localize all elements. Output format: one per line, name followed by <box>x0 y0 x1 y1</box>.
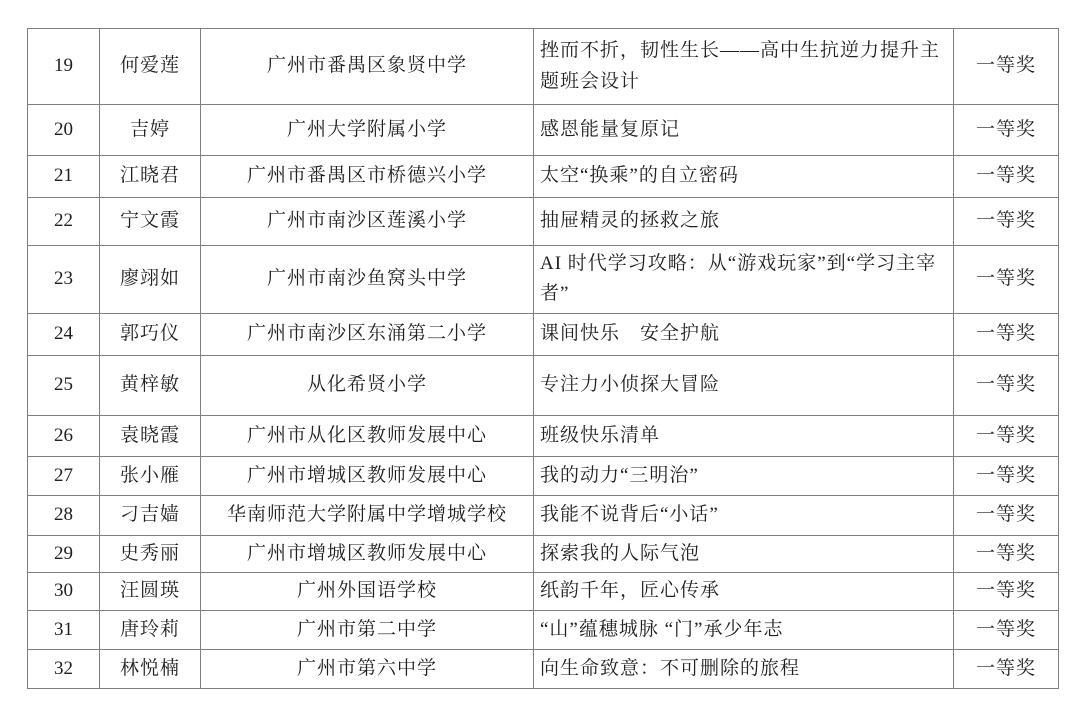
award-cell: 一等奖 <box>954 313 1059 355</box>
row-number-cell: 28 <box>28 495 100 535</box>
work-title-cell: 感恩能量复原记 <box>534 105 954 156</box>
document-page: 19何爱莲广州市番禺区象贤中学挫而不折，韧性生长——高中生抗逆力提升主题班会设计… <box>0 0 1080 723</box>
name-cell: 何爱莲 <box>100 29 201 105</box>
school-cell: 广州市增城区教师发展中心 <box>201 456 534 495</box>
name-cell: 袁晓霞 <box>100 415 201 456</box>
table-row: 27张小雁广州市增城区教师发展中心我的动力“三明治”一等奖 <box>28 456 1059 495</box>
row-number-cell: 32 <box>28 650 100 689</box>
award-cell: 一等奖 <box>954 650 1059 689</box>
name-cell: 汪圆瑛 <box>100 573 201 611</box>
school-cell: 广州市番禺区市桥德兴小学 <box>201 156 534 198</box>
award-cell: 一等奖 <box>954 246 1059 314</box>
school-cell: 广州市南沙鱼窝头中学 <box>201 246 534 314</box>
row-number-cell: 23 <box>28 246 100 314</box>
school-cell: 从化希贤小学 <box>201 355 534 415</box>
school-cell: 广州市南沙区莲溪小学 <box>201 198 534 246</box>
work-title-cell: 我的动力“三明治” <box>534 456 954 495</box>
row-number-cell: 21 <box>28 156 100 198</box>
work-title-cell: 班级快乐清单 <box>534 415 954 456</box>
school-cell: 广州市从化区教师发展中心 <box>201 415 534 456</box>
school-cell: 广州市增城区教师发展中心 <box>201 535 534 572</box>
work-title-cell: 抽屉精灵的拯救之旅 <box>534 198 954 246</box>
name-cell: 黄梓敏 <box>100 355 201 415</box>
work-title-cell: “山”蕴穗城脉 “门”承少年志 <box>534 611 954 650</box>
table-row: 29史秀丽广州市增城区教师发展中心探索我的人际气泡一等奖 <box>28 535 1059 572</box>
work-title-cell: 课间快乐 安全护航 <box>534 313 954 355</box>
table-row: 31唐玲莉广州市第二中学“山”蕴穗城脉 “门”承少年志一等奖 <box>28 611 1059 650</box>
row-number-cell: 25 <box>28 355 100 415</box>
award-cell: 一等奖 <box>954 611 1059 650</box>
school-cell: 广州市南沙区东涌第二小学 <box>201 313 534 355</box>
award-cell: 一等奖 <box>954 535 1059 572</box>
row-number-cell: 29 <box>28 535 100 572</box>
work-title-cell: 纸韵千年，匠心传承 <box>534 573 954 611</box>
award-cell: 一等奖 <box>954 29 1059 105</box>
row-number-cell: 20 <box>28 105 100 156</box>
table-row: 21江晓君广州市番禺区市桥德兴小学太空“换乘”的自立密码一等奖 <box>28 156 1059 198</box>
name-cell: 史秀丽 <box>100 535 201 572</box>
row-number-cell: 27 <box>28 456 100 495</box>
name-cell: 廖翊如 <box>100 246 201 314</box>
award-cell: 一等奖 <box>954 573 1059 611</box>
school-cell: 华南师范大学附属中学增城学校 <box>201 495 534 535</box>
name-cell: 刁吉嫱 <box>100 495 201 535</box>
school-cell: 广州外国语学校 <box>201 573 534 611</box>
award-cell: 一等奖 <box>954 105 1059 156</box>
name-cell: 宁文霞 <box>100 198 201 246</box>
award-cell: 一等奖 <box>954 156 1059 198</box>
school-cell: 广州大学附属小学 <box>201 105 534 156</box>
name-cell: 江晓君 <box>100 156 201 198</box>
award-cell: 一等奖 <box>954 198 1059 246</box>
name-cell: 林悦楠 <box>100 650 201 689</box>
table-row: 26袁晓霞广州市从化区教师发展中心班级快乐清单一等奖 <box>28 415 1059 456</box>
work-title-cell: 专注力小侦探大冒险 <box>534 355 954 415</box>
awards-table-body: 19何爱莲广州市番禺区象贤中学挫而不折，韧性生长——高中生抗逆力提升主题班会设计… <box>28 29 1059 689</box>
table-row: 32林悦楠广州市第六中学向生命致意：不可删除的旅程一等奖 <box>28 650 1059 689</box>
award-cell: 一等奖 <box>954 495 1059 535</box>
award-cell: 一等奖 <box>954 415 1059 456</box>
school-cell: 广州市番禺区象贤中学 <box>201 29 534 105</box>
row-number-cell: 26 <box>28 415 100 456</box>
table-row: 24郭巧仪广州市南沙区东涌第二小学课间快乐 安全护航一等奖 <box>28 313 1059 355</box>
award-cell: 一等奖 <box>954 355 1059 415</box>
table-row: 22宁文霞广州市南沙区莲溪小学抽屉精灵的拯救之旅一等奖 <box>28 198 1059 246</box>
work-title-cell: 挫而不折，韧性生长——高中生抗逆力提升主题班会设计 <box>534 29 954 105</box>
row-number-cell: 31 <box>28 611 100 650</box>
table-row: 28刁吉嫱华南师范大学附属中学增城学校我能不说背后“小话”一等奖 <box>28 495 1059 535</box>
name-cell: 吉婷 <box>100 105 201 156</box>
work-title-cell: 向生命致意：不可删除的旅程 <box>534 650 954 689</box>
table-row: 25黄梓敏从化希贤小学专注力小侦探大冒险一等奖 <box>28 355 1059 415</box>
table-row: 30汪圆瑛广州外国语学校纸韵千年，匠心传承一等奖 <box>28 573 1059 611</box>
row-number-cell: 30 <box>28 573 100 611</box>
row-number-cell: 24 <box>28 313 100 355</box>
school-cell: 广州市第二中学 <box>201 611 534 650</box>
table-row: 20吉婷广州大学附属小学感恩能量复原记一等奖 <box>28 105 1059 156</box>
name-cell: 唐玲莉 <box>100 611 201 650</box>
awards-table: 19何爱莲广州市番禺区象贤中学挫而不折，韧性生长——高中生抗逆力提升主题班会设计… <box>27 28 1059 689</box>
work-title-cell: 太空“换乘”的自立密码 <box>534 156 954 198</box>
row-number-cell: 22 <box>28 198 100 246</box>
table-row: 23廖翊如广州市南沙鱼窝头中学AI 时代学习攻略：从“游戏玩家”到“学习主宰者”… <box>28 246 1059 314</box>
work-title-cell: 我能不说背后“小话” <box>534 495 954 535</box>
award-cell: 一等奖 <box>954 456 1059 495</box>
row-number-cell: 19 <box>28 29 100 105</box>
name-cell: 郭巧仪 <box>100 313 201 355</box>
name-cell: 张小雁 <box>100 456 201 495</box>
work-title-cell: AI 时代学习攻略：从“游戏玩家”到“学习主宰者” <box>534 246 954 314</box>
work-title-cell: 探索我的人际气泡 <box>534 535 954 572</box>
school-cell: 广州市第六中学 <box>201 650 534 689</box>
table-row: 19何爱莲广州市番禺区象贤中学挫而不折，韧性生长——高中生抗逆力提升主题班会设计… <box>28 29 1059 105</box>
